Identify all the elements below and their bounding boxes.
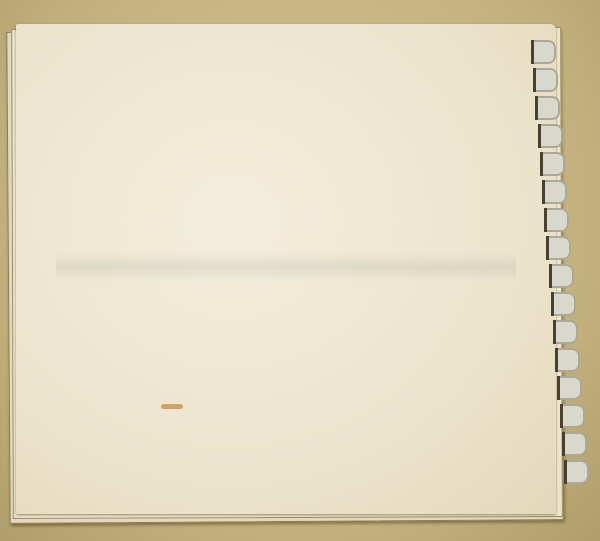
binding-ring (538, 96, 560, 120)
spiral-binding (528, 40, 588, 510)
binding-ring (543, 152, 565, 176)
booklet-cover (16, 24, 556, 514)
binding-ring (552, 264, 574, 288)
binding-ring (565, 432, 587, 456)
binding-ring (556, 320, 578, 344)
binding-ring (541, 124, 563, 148)
binding-ring (545, 180, 567, 204)
binding-ring (534, 40, 556, 64)
binding-ring (563, 404, 585, 428)
binding-ring (547, 208, 569, 232)
binding-ring (560, 376, 582, 400)
cover-stain (161, 404, 183, 409)
binding-ring (554, 292, 576, 316)
cover-smudge (56, 252, 516, 282)
binding-ring (558, 348, 580, 372)
binding-ring (536, 68, 558, 92)
binding-ring (549, 236, 571, 260)
binding-ring (567, 460, 589, 484)
